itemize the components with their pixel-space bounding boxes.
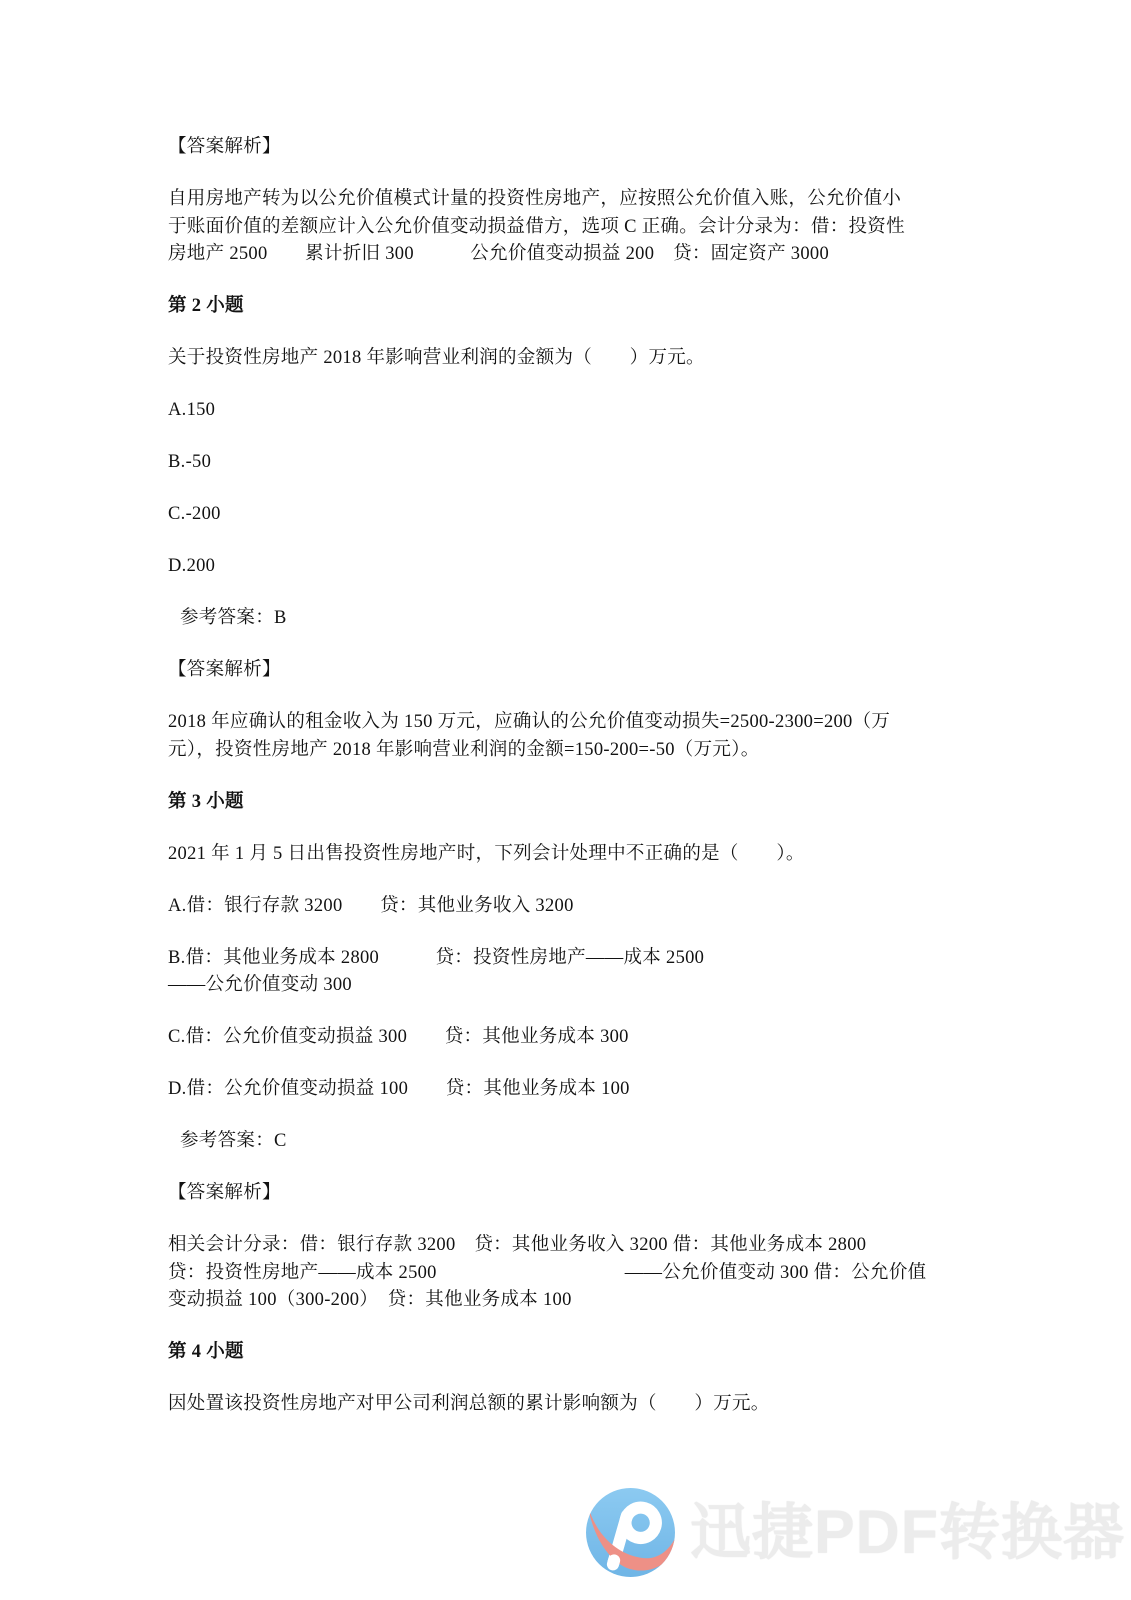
question-3-option-d: D.借：公允价值变动损益 100 贷：其他业务成本 100 — [168, 1076, 978, 1104]
question-2-text: 关于投资性房地产 2018 年影响营业利润的金额为（ ）万元。 — [168, 345, 978, 373]
document-page: 【答案解析】 自用房地产转为以公允价值模式计量的投资性房地产，应按照公允价值入账… — [168, 134, 978, 1443]
pdf-converter-logo-icon — [585, 1487, 676, 1578]
watermark: 迅捷PDF转换器 — [585, 1486, 1125, 1578]
question-3-analysis-text: 相关会计分录：借：银行存款 3200 贷：其他业务收入 3200 借：其他业务成… — [168, 1232, 978, 1315]
question-2-option-c: C.-200 — [168, 501, 978, 529]
q1-analysis-text: 自用房地产转为以公允价值模式计量的投资性房地产，应按照公允价值入账，公允价值小 … — [168, 186, 978, 269]
question-2-option-d: D.200 — [168, 553, 978, 581]
question-2-analysis-heading: 【答案解析】 — [168, 657, 978, 685]
question-2-heading: 第 2 小题 — [168, 293, 978, 321]
question-2-option-a: A.150 — [168, 397, 978, 425]
question-3-text: 2021 年 1 月 5 日出售投资性房地产时，下列会计处理中不正确的是（ ）。 — [168, 841, 978, 869]
q1-analysis-heading: 【答案解析】 — [168, 134, 978, 162]
question-4-heading: 第 4 小题 — [168, 1339, 978, 1367]
question-3-option-c: C.借：公允价值变动损益 300 贷：其他业务成本 300 — [168, 1024, 978, 1052]
question-3-analysis-heading: 【答案解析】 — [168, 1180, 978, 1208]
question-3-reference-answer: 参考答案：C — [168, 1128, 978, 1156]
question-2-analysis-text: 2018 年应确认的租金收入为 150 万元，应确认的公允价值变动损失=2500… — [168, 709, 978, 764]
question-3-heading: 第 3 小题 — [168, 789, 978, 817]
question-3-option-b: B.借：其他业务成本 2800 贷：投资性房地产——成本 2500 ——公允价值… — [168, 945, 978, 1000]
question-2-reference-answer: 参考答案：B — [168, 605, 978, 633]
question-3-option-a: A.借：银行存款 3200 贷：其他业务收入 3200 — [168, 893, 978, 921]
question-2-option-b: B.-50 — [168, 449, 978, 477]
question-4-text: 因处置该投资性房地产对甲公司利润总额的累计影响额为（ ）万元。 — [168, 1391, 978, 1419]
watermark-text: 迅捷PDF转换器 — [690, 1487, 1125, 1578]
